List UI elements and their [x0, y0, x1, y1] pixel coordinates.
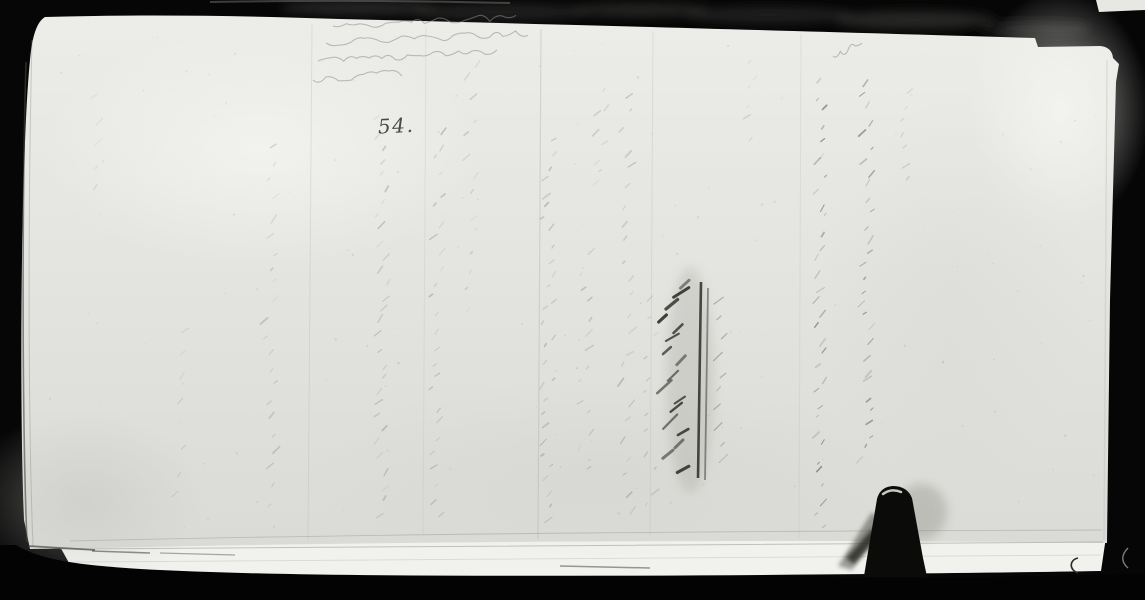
- paper-speck: [910, 94, 913, 97]
- paper-speck: [774, 200, 776, 202]
- paper-speck: [1060, 141, 1063, 144]
- paper-speck: [48, 485, 49, 486]
- paper-speck: [924, 225, 926, 227]
- paper-speck: [676, 253, 678, 255]
- paper-speck: [49, 398, 51, 400]
- paper-speck: [904, 345, 906, 347]
- paper-speck: [521, 323, 523, 325]
- paper-speck: [185, 70, 187, 72]
- paper-speck: [473, 425, 475, 427]
- paper-speck: [207, 518, 209, 520]
- paper-speck: [184, 527, 185, 528]
- paper-speck: [800, 288, 801, 289]
- paper-speck: [760, 375, 762, 377]
- paper-speck: [213, 357, 214, 358]
- paper-speck: [145, 343, 146, 344]
- paper-speck: [602, 43, 603, 44]
- paper-speck: [397, 362, 400, 365]
- paper-speck: [830, 183, 831, 184]
- paper-speck: [203, 463, 205, 465]
- paper-speck: [496, 281, 497, 282]
- paper-speck: [675, 205, 677, 207]
- paper-speck: [1002, 134, 1004, 136]
- paper-speck: [289, 192, 290, 193]
- paper-speck: [953, 211, 955, 213]
- paper-speck: [761, 203, 763, 205]
- paper-speck: [928, 371, 929, 372]
- paper-speck: [87, 313, 89, 315]
- paper-speck: [461, 197, 463, 199]
- paper-speck: [389, 452, 390, 453]
- paper-speck: [74, 200, 75, 201]
- paper-speck: [576, 367, 578, 369]
- paper-speck: [213, 115, 215, 117]
- paper-speck: [670, 502, 672, 504]
- paper-speck: [79, 55, 81, 57]
- paper-speck: [1054, 320, 1055, 321]
- paper-speck: [993, 359, 995, 361]
- scanned-document-photo: 54.: [0, 0, 1145, 600]
- paper-speck: [1052, 469, 1054, 471]
- paper-speck: [256, 288, 258, 290]
- paper-speck: [143, 90, 144, 91]
- paper-speck: [1082, 275, 1084, 277]
- paper-speck: [477, 199, 479, 201]
- paper-speck: [988, 255, 989, 256]
- paper-speck: [765, 467, 766, 468]
- paper-speck: [740, 427, 742, 429]
- paper-speck: [791, 379, 792, 380]
- paper-speck: [397, 327, 398, 328]
- paper-speck: [706, 473, 707, 474]
- paper-speck: [642, 434, 643, 435]
- paper-speck: [386, 449, 388, 451]
- paper-speck: [582, 267, 584, 269]
- paper-speck: [640, 302, 642, 304]
- paper-speck: [385, 385, 387, 387]
- paper-speck: [993, 263, 994, 264]
- paper-speck: [857, 30, 858, 31]
- paper-speck: [299, 352, 300, 353]
- paper-speck: [1080, 282, 1083, 285]
- paper-speck: [233, 213, 235, 215]
- paper-speck: [341, 176, 342, 177]
- paper-speck: [881, 422, 882, 423]
- paper-speck: [794, 485, 796, 487]
- paper-speck: [322, 60, 323, 61]
- paper-speck: [449, 468, 450, 469]
- paper-speck: [708, 187, 710, 189]
- paper-speck: [1004, 30, 1005, 31]
- paper-speck: [560, 466, 562, 468]
- paper-speck: [473, 116, 474, 117]
- paper-speck: [553, 155, 555, 157]
- paper-speck: [588, 251, 590, 253]
- paper-speck: [60, 72, 62, 74]
- paper-speck: [954, 257, 955, 258]
- paper-speck: [1074, 120, 1076, 122]
- paper-speck: [651, 133, 653, 135]
- paper-speck: [326, 379, 327, 380]
- paper-speck: [697, 216, 699, 218]
- paper-speck: [437, 131, 439, 133]
- paper-speck: [1016, 290, 1018, 292]
- paper-speck: [193, 166, 194, 167]
- paper-speck: [366, 345, 368, 347]
- paper-speck: [574, 163, 576, 165]
- paper-speck: [1095, 115, 1097, 117]
- paper-speck: [555, 370, 557, 372]
- paper-speck: [727, 45, 729, 47]
- paper-speck: [726, 248, 727, 249]
- ghost-ink-mark: [474, 120, 476, 122]
- paper-speck: [347, 250, 349, 252]
- paper-speck: [618, 512, 621, 515]
- paper-speck: [1040, 343, 1041, 344]
- paper-speck: [1093, 474, 1095, 476]
- paper-speck: [99, 215, 100, 216]
- paper-speck: [577, 123, 579, 125]
- paper-speck: [781, 97, 783, 99]
- paper-speck: [96, 322, 98, 324]
- paper-speck: [1018, 501, 1020, 503]
- paper-speck: [1030, 168, 1032, 170]
- page-number: 54.: [377, 113, 415, 139]
- paper-speck: [372, 92, 373, 93]
- paper-speck: [588, 459, 590, 461]
- paper-speck: [834, 304, 836, 306]
- paper-speck: [927, 55, 929, 57]
- paper-speck: [598, 118, 599, 119]
- paper-speck: [352, 254, 354, 256]
- paper-speck: [353, 79, 355, 81]
- paper-speck: [458, 246, 460, 248]
- paper-speck: [828, 56, 829, 57]
- paper-speck: [573, 50, 575, 52]
- paper-speck: [225, 293, 226, 294]
- paper-speck: [564, 335, 566, 337]
- paper-speck: [722, 427, 724, 429]
- paper-speck: [343, 510, 345, 512]
- paper-speck: [827, 356, 828, 357]
- paper-speck: [1012, 146, 1013, 147]
- paper-speck: [808, 55, 809, 56]
- paper-speck: [636, 487, 638, 489]
- paper-speck: [703, 483, 705, 485]
- paper-speck: [637, 76, 640, 79]
- paper-speck: [335, 340, 336, 341]
- paper-speck: [942, 361, 945, 364]
- paper-speck: [728, 170, 729, 171]
- paper-speck: [767, 335, 768, 336]
- paper-speck: [256, 501, 259, 504]
- paper-speck: [994, 411, 996, 413]
- paper-speck: [583, 224, 584, 225]
- paper-speck: [735, 155, 736, 156]
- paper-speck: [208, 73, 211, 76]
- paper-speck: [895, 133, 897, 135]
- paper-speck: [822, 459, 824, 461]
- paper-speck: [426, 252, 427, 253]
- paper-speck: [234, 53, 236, 55]
- paper-speck: [273, 526, 275, 528]
- paper-speck: [536, 406, 537, 407]
- paper-speck: [157, 37, 158, 38]
- paper-speck: [102, 160, 104, 162]
- paper-speck: [100, 402, 102, 404]
- paper-speck: [225, 102, 227, 104]
- paper-speck: [739, 331, 741, 333]
- paper-speck: [469, 442, 470, 443]
- paper-speck: [455, 95, 457, 97]
- paper-speck: [334, 159, 336, 161]
- paper-speck: [1039, 244, 1042, 247]
- paper-speck: [182, 383, 184, 385]
- paper-speck: [57, 384, 58, 385]
- paper-speck: [634, 518, 635, 519]
- paper-speck: [962, 425, 964, 427]
- paper-speck: [539, 65, 541, 67]
- paper-speck: [197, 501, 198, 502]
- paper-speck: [578, 339, 580, 341]
- paper-speck: [557, 326, 558, 327]
- paper-speck: [873, 482, 874, 483]
- paper-speck: [770, 489, 771, 490]
- paper-speck: [662, 235, 664, 237]
- paper-speck: [755, 240, 757, 242]
- paper-speck: [236, 452, 238, 454]
- paper-speck: [1064, 435, 1067, 438]
- paper-speck: [591, 440, 592, 441]
- paper-speck: [730, 330, 733, 333]
- paper-speck: [1089, 319, 1091, 321]
- paper-speck: [556, 434, 557, 435]
- paper-speck: [397, 171, 399, 173]
- paper-speck: [490, 195, 491, 196]
- paper-speck: [258, 414, 259, 415]
- paper-speck: [957, 266, 958, 267]
- paper-speck: [348, 167, 349, 168]
- scan-canvas: 54.: [0, 0, 1145, 600]
